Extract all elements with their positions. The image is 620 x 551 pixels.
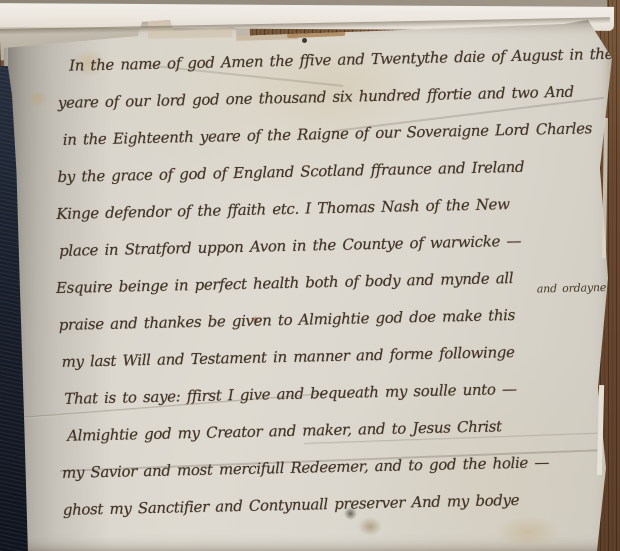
stain xyxy=(28,90,48,107)
stain xyxy=(496,516,560,548)
manuscript-photo: In the name of god Amen the ffive and Tw… xyxy=(0,0,620,551)
interlinear-insertion: and ordayne xyxy=(537,281,607,296)
manuscript-text: In the name of god Amen the ffive and Tw… xyxy=(51,36,615,529)
manuscript-page: In the name of god Amen the ffive and Tw… xyxy=(4,18,614,551)
